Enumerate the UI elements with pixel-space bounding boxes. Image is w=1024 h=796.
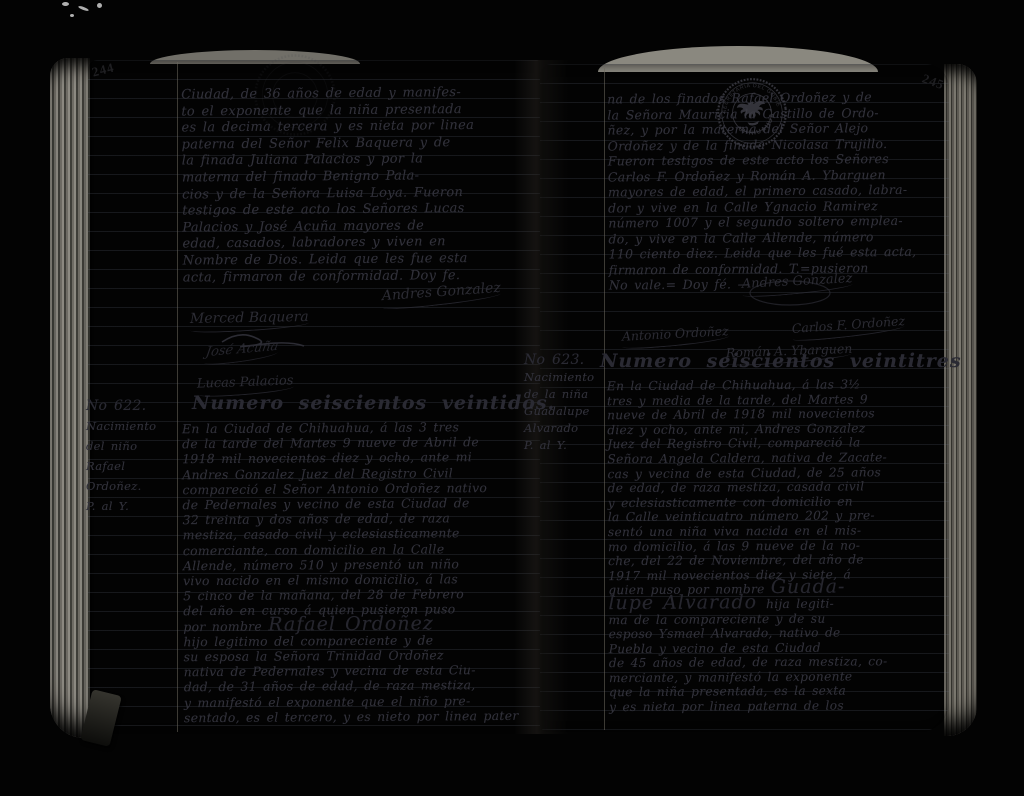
handwritten-line: número 1007 y el segundo soltero emplea- [608,213,948,231]
entry-622-margin-note: No 622.Nacimientodel niñoRafaelOrdoñez.P… [86,396,180,516]
witness-signature-lucas: Lucas Palacios [197,373,294,400]
government-seal-stamp: SECRETARIA DEL GOBIERNO DEL ESTADO CHIHU… [711,72,792,153]
witness-signature-roman: Román A. Ybarguen [726,341,853,369]
handwritten-line: Nacimiento [524,369,608,386]
dust-speck [70,14,74,17]
page-stack-left-edge [50,58,90,738]
handwritten-line: y es nieta por linea paterna de los [609,698,949,715]
handwritten-line: 110 ciento diez. Leida que les fué esta … [608,244,948,262]
previous-entry-continuation-text: Ciudad, de 36 años de edad y manifes-to … [181,84,531,286]
dust-speck [62,2,69,6]
handwritten-line: mayores de edad, el primero casado, labr… [608,182,948,200]
registered-name-text: Guada- [771,576,846,599]
handwritten-line: Guadalupe [524,403,608,420]
dust-speck [97,3,102,8]
handwritten-line: No 623. [524,352,608,369]
handwritten-line: sentado, es el tercero, y es nieto por l… [184,708,530,726]
handwritten-line: Rafael [86,456,180,476]
dust-speck [78,5,89,12]
entry-622-body-text: En la Ciudad de Chihuahua, á las 3 tresd… [182,419,530,725]
register-book-photo: 244 245 SECRETARIA DEL GOBIERNO DEL ESTA… [0,0,1024,796]
handwritten-line: Nacimiento [86,416,180,436]
entry-623-margin-note: No 623.Nacimientode la niñaGuadalupeAlva… [524,352,608,454]
handwritten-line: de la niña [524,386,608,403]
handwritten-segment: hija legiti- [766,597,834,611]
handwritten-line: compareció el Señor Antonio Ordoñez nati… [182,480,528,498]
handwritten-line: No 622. [86,396,180,416]
handwritten-line: de la tarde del Martes 9 nueve de Abril … [182,434,528,452]
handwritten-line: Alvarado [524,420,608,437]
seal-arc-bottom-text: CHIHUAHUA [735,111,779,139]
entry-623-body-text: En la Ciudad de Chihuahua, á las 3½tres … [607,377,949,715]
handwritten-line: del niño [86,436,180,456]
eagle-emblem [736,100,768,128]
handwritten-line: Ordoñez. [86,476,180,496]
handwritten-line: P. al Y. [86,496,180,516]
handwritten-line: P. al Y. [524,437,608,454]
svg-text:CHIHUAHUA: CHIHUAHUA [735,111,779,139]
witness-signature-merced: Merced Baquera [190,309,309,336]
registered-name-text: lupe Alvarado [608,591,766,614]
handwritten-segment: por nombre [183,618,268,634]
